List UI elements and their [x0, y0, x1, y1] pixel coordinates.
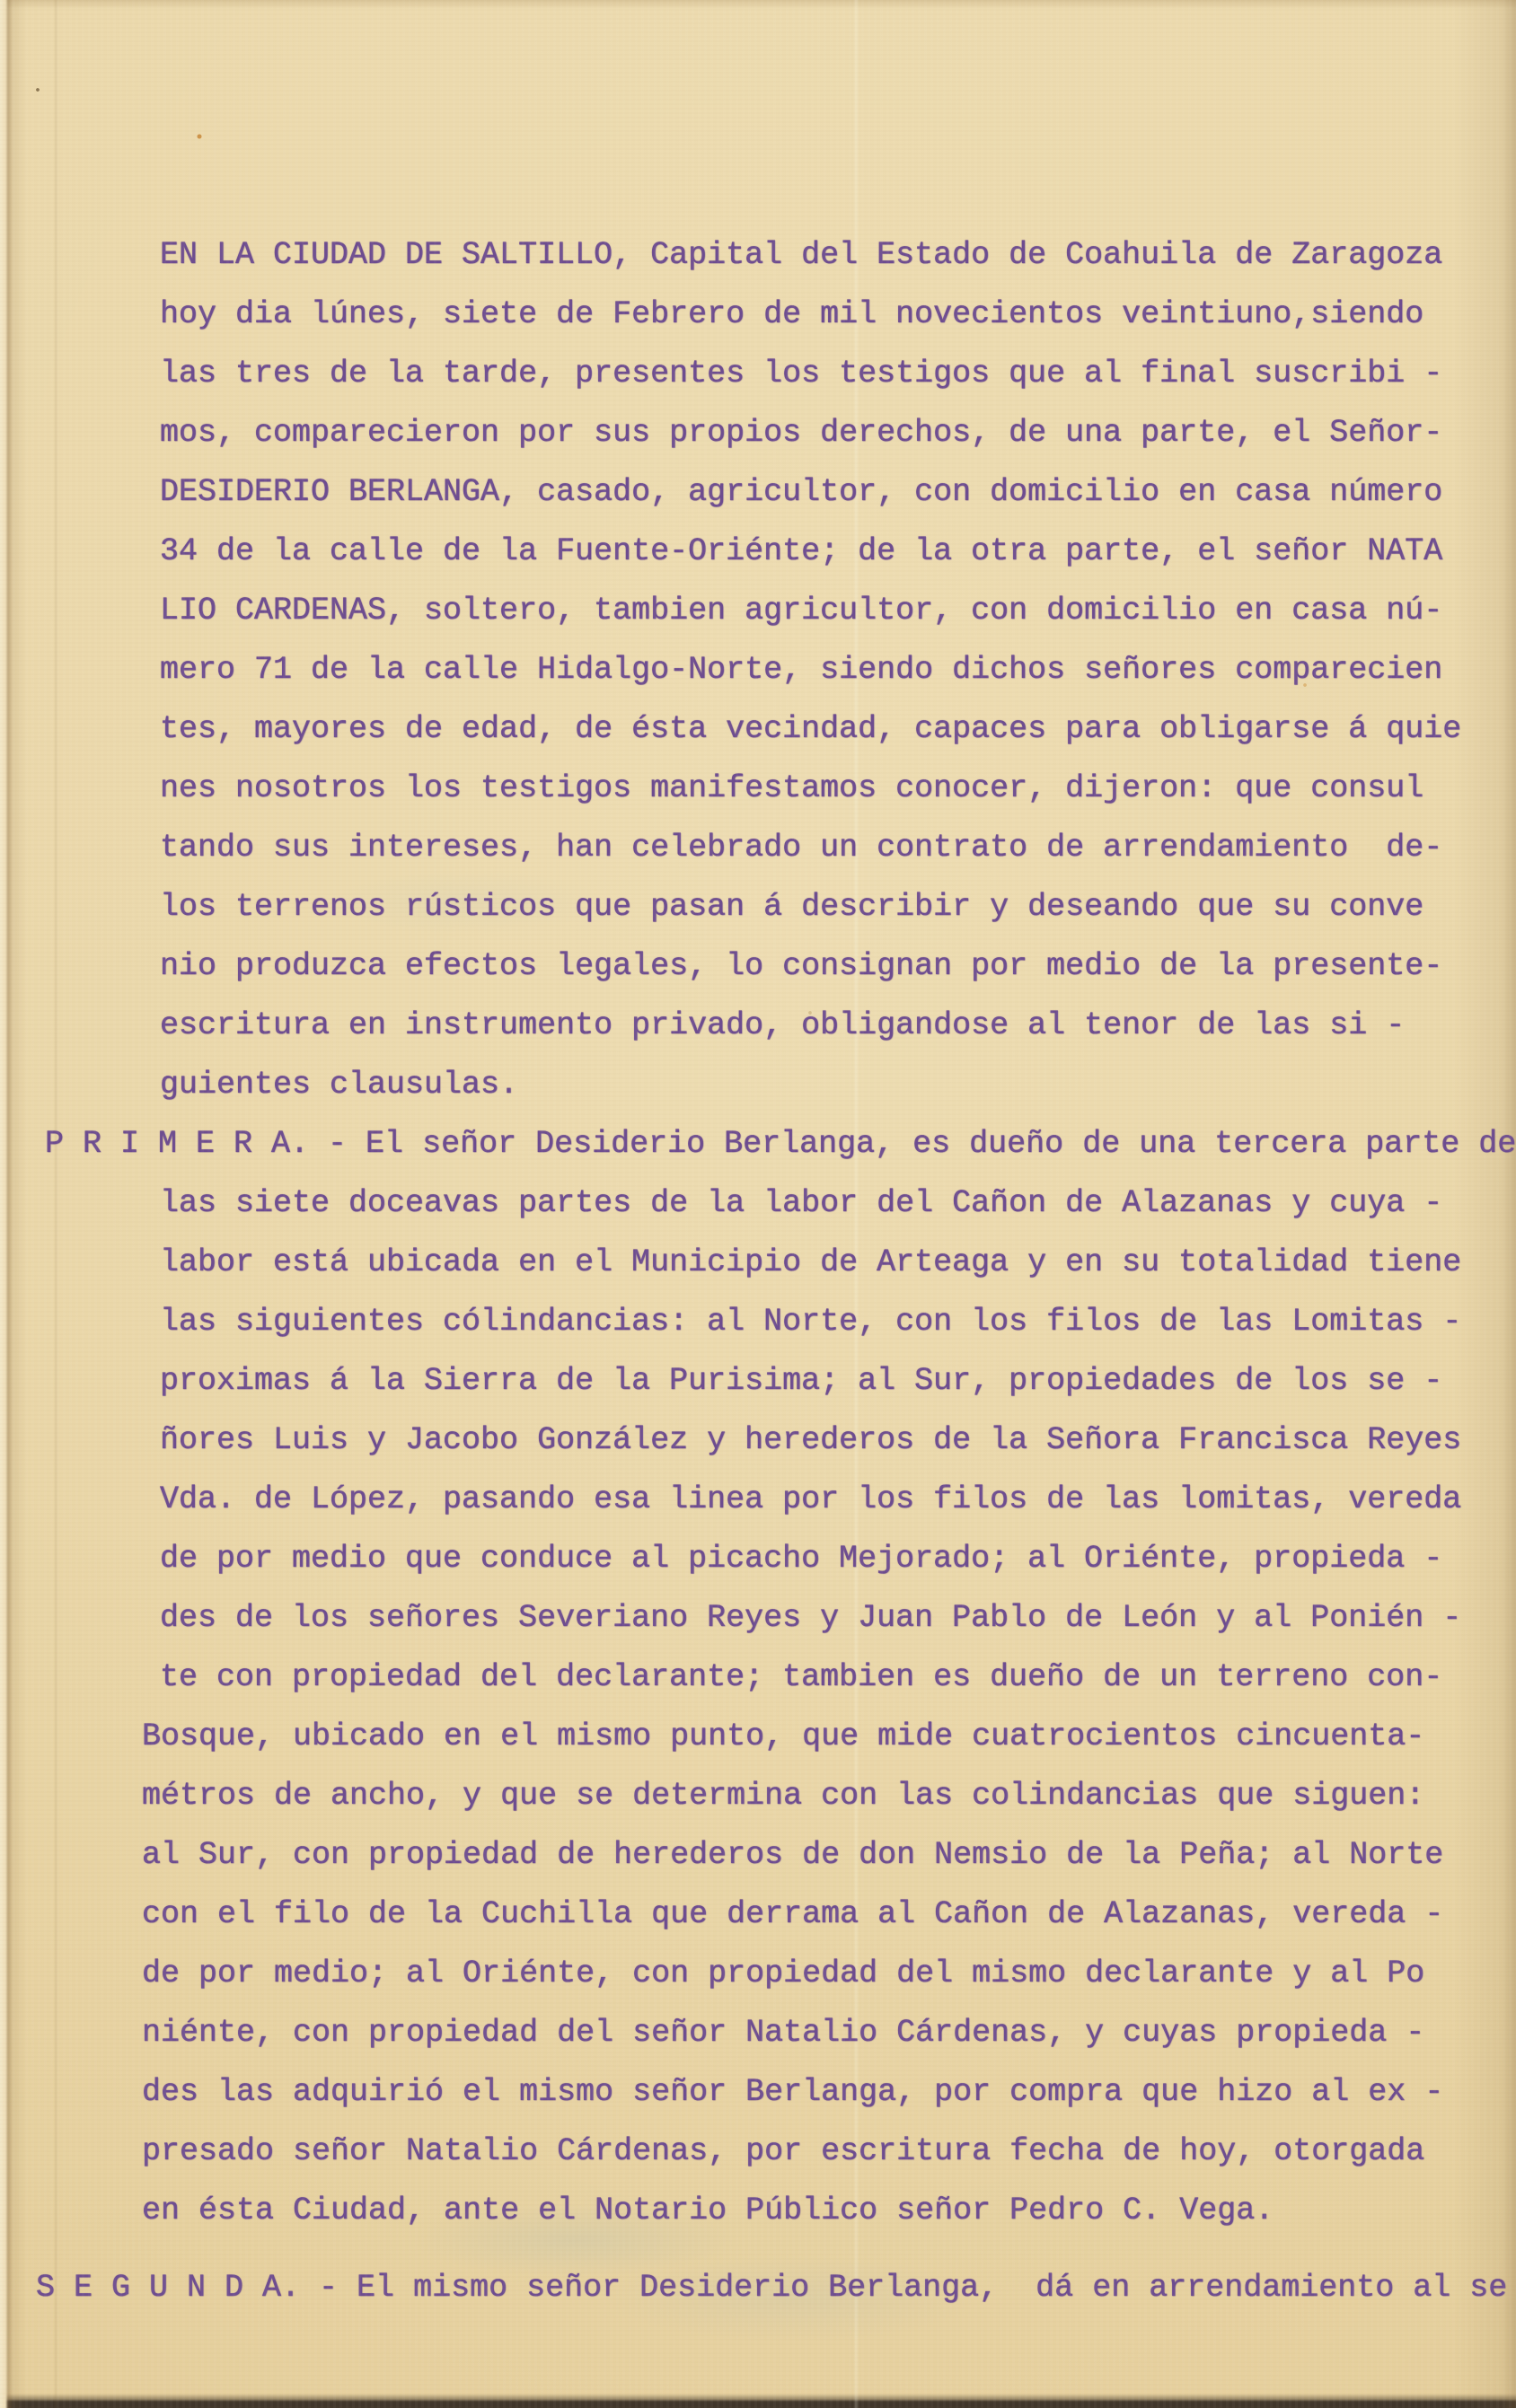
document-line: tando sus intereses, han celebrado un co… — [0, 818, 1516, 877]
document-page: EN LA CIUDAD DE SALTILLO, Capital del Es… — [0, 0, 1516, 2408]
document-line: presado señor Natalio Cárdenas, por escr… — [0, 2122, 1516, 2181]
document-line: des las adquirió el mismo señor Berlanga… — [0, 2062, 1516, 2122]
document-line: mos, comparecieron por sus propios derec… — [0, 403, 1516, 462]
document-line: niénte, con propiedad del señor Natalio … — [0, 2003, 1516, 2062]
document-line: labor está ubicada en el Municipio de Ar… — [0, 1233, 1516, 1292]
document-line: mero 71 de la calle Hidalgo-Norte, siend… — [0, 640, 1516, 699]
document-line: las siete doceavas partes de la labor de… — [0, 1173, 1516, 1233]
document-line: DESIDERIO BERLANGA, casado, agricultor, … — [0, 462, 1516, 522]
document-line: de por medio; al Oriénte, con propiedad … — [0, 1944, 1516, 2003]
document-line: ñores Luis y Jacobo González y herederos… — [0, 1411, 1516, 1470]
document-line: EN LA CIUDAD DE SALTILLO, Capital del Es… — [0, 225, 1516, 285]
document-line: nio produzca efectos legales, lo consign… — [0, 936, 1516, 996]
document-line: LIO CARDENAS, soltero, tambien agriculto… — [0, 581, 1516, 640]
document-line: P R I M E R A. - El señor Desiderio Berl… — [0, 1114, 1516, 1173]
document-line: las tres de la tarde, presentes los test… — [0, 344, 1516, 403]
document-line: nes nosotros los testigos manifestamos c… — [0, 759, 1516, 818]
document-line: al Sur, con propiedad de herederos de do… — [0, 1825, 1516, 1885]
document-text: EN LA CIUDAD DE SALTILLO, Capital del Es… — [0, 225, 1516, 2317]
document-line: tes, mayores de edad, de ésta vecindad, … — [0, 699, 1516, 759]
document-line: hoy dia lúnes, siete de Febrero de mil n… — [0, 285, 1516, 344]
document-line: con el filo de la Cuchilla que derrama a… — [0, 1885, 1516, 1944]
document-line: escritura en instrumento privado, obliga… — [0, 996, 1516, 1055]
document-line: 34 de la calle de la Fuente-Oriénte; de … — [0, 522, 1516, 581]
document-line: métros de ancho, y que se determina con … — [0, 1766, 1516, 1825]
document-line: S E G U N D A. - El mismo señor Desideri… — [0, 2258, 1516, 2317]
document-line: de por medio que conduce al picacho Mejo… — [0, 1529, 1516, 1588]
document-line: des de los señores Severiano Reyes y Jua… — [0, 1588, 1516, 1648]
document-line: te con propiedad del declarante; tambien… — [0, 1648, 1516, 1707]
document-line: las siguientes cólindancias: al Norte, c… — [0, 1292, 1516, 1351]
document-line: Bosque, ubicado en el mismo punto, que m… — [0, 1707, 1516, 1766]
document-line: en ésta Ciudad, ante el Notario Público … — [0, 2181, 1516, 2240]
document-line: los terrenos rústicos que pasan á descri… — [0, 877, 1516, 936]
document-line: guientes clausulas. — [0, 1055, 1516, 1114]
document-line: Vda. de López, pasando esa linea por los… — [0, 1470, 1516, 1529]
document-line: proximas á la Sierra de la Purisima; al … — [0, 1351, 1516, 1411]
